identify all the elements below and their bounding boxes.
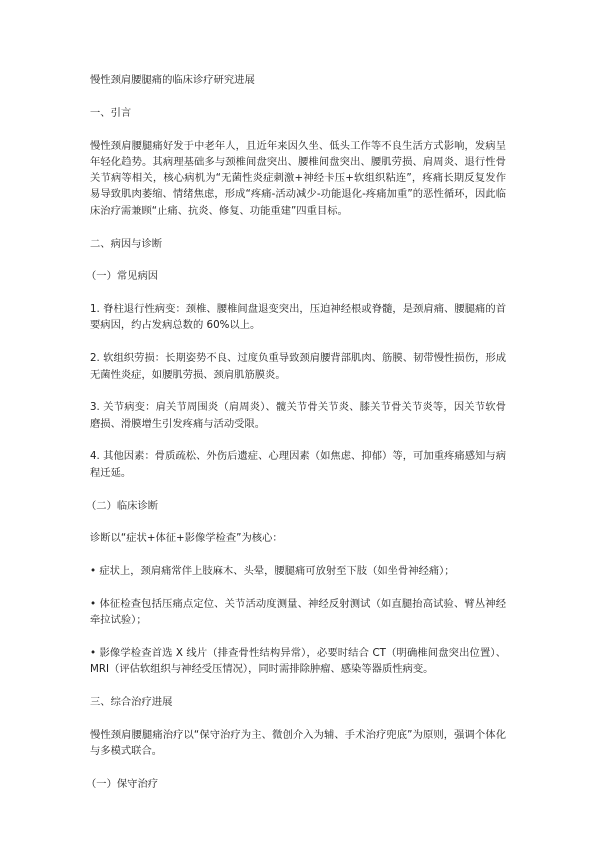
section-heading-introduction: 一、引言 — [90, 105, 506, 121]
section-heading-etiology-diagnosis: 二、病因与诊断 — [90, 236, 506, 252]
subsection-heading-clinical-diagnosis: （二）临床诊断 — [90, 498, 506, 514]
diagnosis-bullet: • 症状上，颈肩痛常伴上肢麻木、头晕，腰腿痛可放射至下肢（如坐骨神经痛）； — [90, 563, 506, 579]
diagnosis-bullet: • 影像学检查首选 X 线片（排查骨性结构异常），必要时结合 CT（明确椎间盘突… — [90, 645, 506, 678]
diagnosis-intro: 诊断以“症状+体征+影像学检查”为核心： — [90, 530, 506, 546]
cause-item: 1. 脊柱退行性病变：颈椎、腰椎间盘退变突出，压迫神经根或脊髓，是颈肩痛、腰腿痛… — [90, 301, 506, 334]
subsection-heading-common-causes: （一）常见病因 — [90, 268, 506, 284]
introduction-paragraph: 慢性颈肩腰腿痛好发于中老年人，且近年来因久坐、低头工作等不良生活方式影响，发病呈… — [90, 138, 506, 219]
section-heading-treatment: 三、综合治疗进展 — [90, 694, 506, 710]
cause-item: 2. 软组织劳损：长期姿势不良、过度负重导致颈肩腰背部肌肉、筋膜、韧带慢性损伤，… — [90, 350, 506, 383]
cause-item: 3. 关节病变：肩关节周围炎（肩周炎）、髋关节骨关节炎、膝关节骨关节炎等，因关节… — [90, 399, 506, 432]
cause-item: 4. 其他因素：骨质疏松、外伤后遗症、心理因素（如焦虑、抑郁）等，可加重疼痛感知… — [90, 448, 506, 481]
subsection-heading-conservative-treatment: （一）保守治疗 — [90, 776, 506, 792]
document-title: 慢性颈肩腰腿痛的临床诊疗研究进展 — [90, 72, 506, 88]
document-page: 慢性颈肩腰腿痛的临床诊疗研究进展 一、引言 慢性颈肩腰腿痛好发于中老年人，且近年… — [90, 72, 506, 809]
diagnosis-bullet: • 体征检查包括压痛点定位、关节活动度测量、神经反射测试（如直腿抬高试验、臂丛神… — [90, 596, 506, 629]
treatment-paragraph: 慢性颈肩腰腿痛治疗以“保守治疗为主、微创介入为辅、手术治疗兜底”为原则，强调个体… — [90, 727, 506, 760]
